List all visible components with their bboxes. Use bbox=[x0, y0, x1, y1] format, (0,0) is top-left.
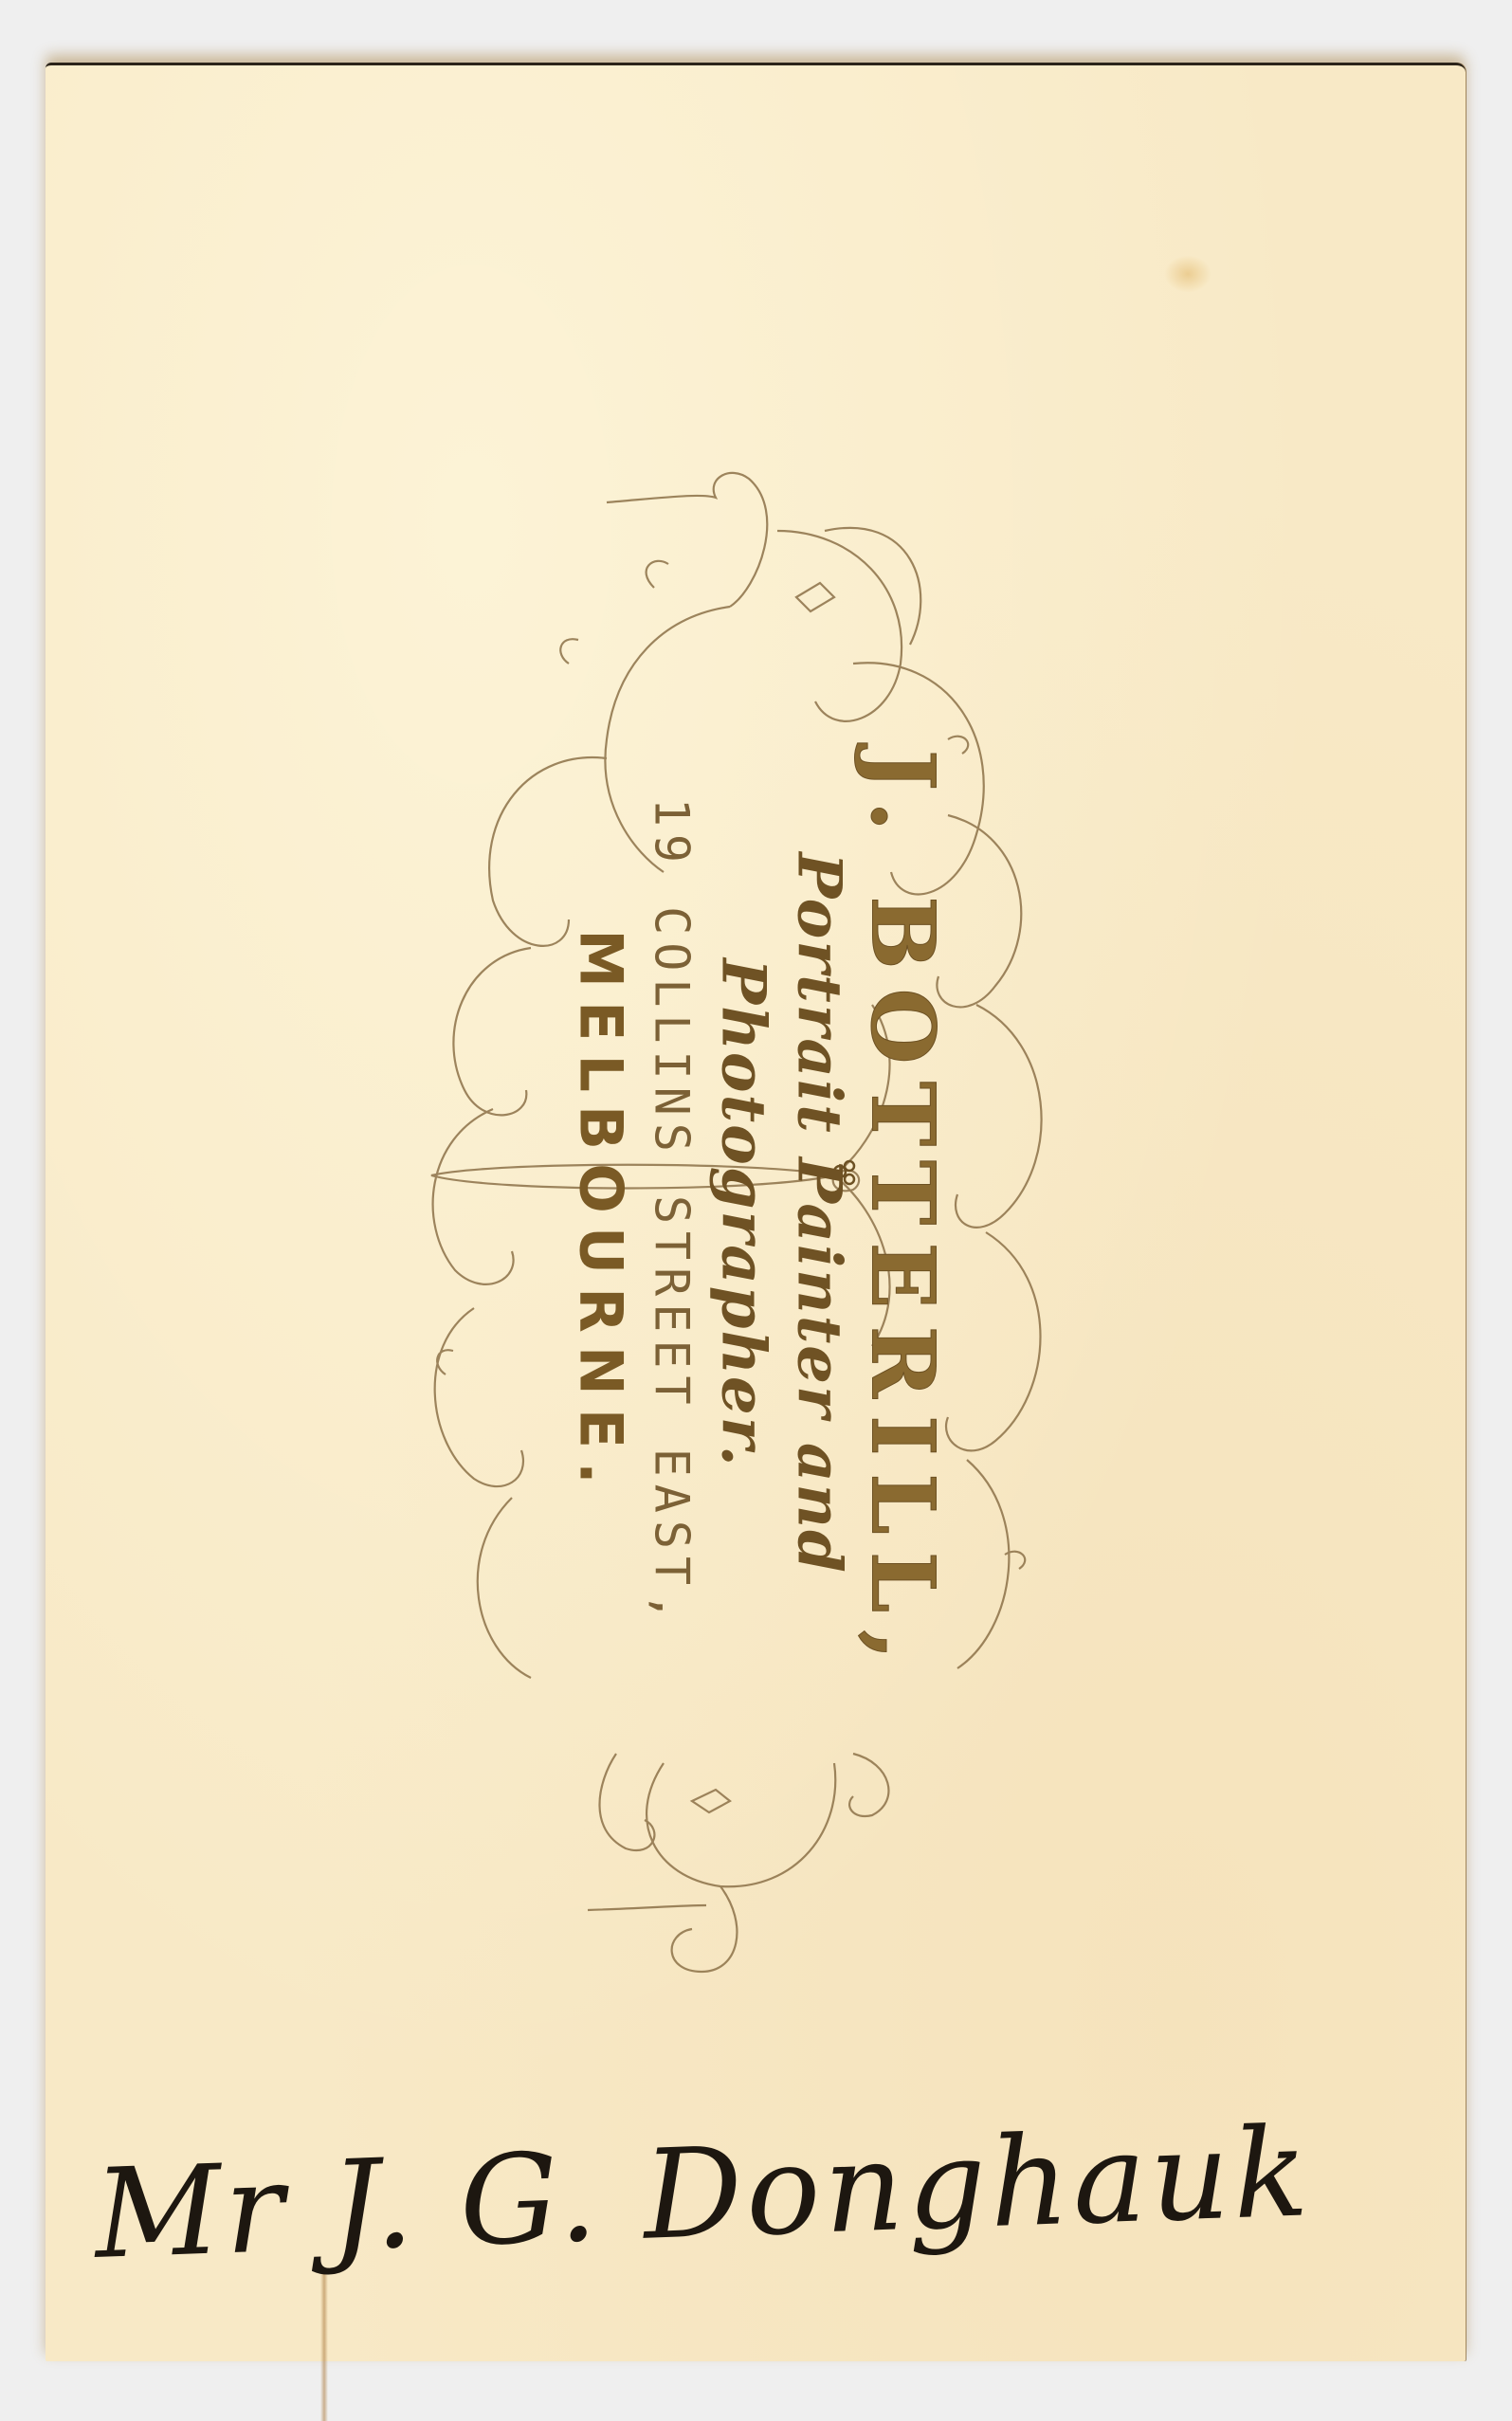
photographer-trade: Portrait Painter and Photographer. bbox=[705, 597, 857, 1829]
studio-address: 19 COLLINS STREET EAST, bbox=[639, 597, 705, 1829]
crease-mark bbox=[320, 2274, 328, 2421]
studio-city: MELBOURNE. bbox=[562, 597, 639, 1829]
stain-mark bbox=[1164, 255, 1211, 293]
photographer-name: J. BOTTERILL, bbox=[857, 597, 949, 1829]
